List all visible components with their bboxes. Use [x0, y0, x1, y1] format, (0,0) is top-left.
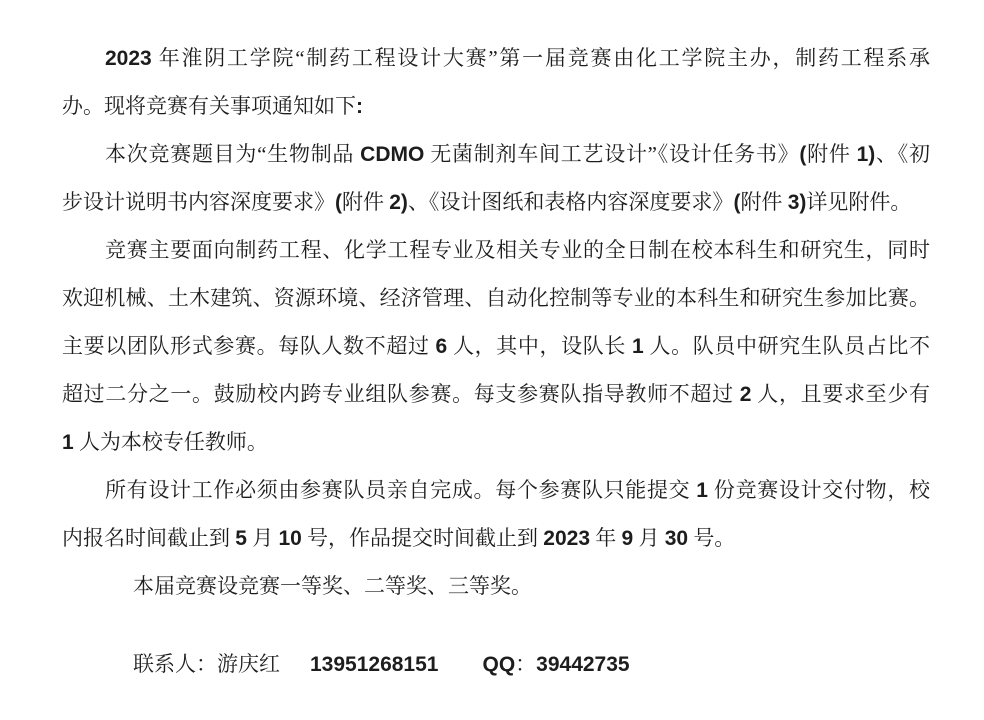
contact-qq-label: QQ：	[482, 652, 536, 676]
contact-name: 游庆红	[217, 652, 280, 676]
doc-line-8: 超过二分之一。鼓励校内跨专业组队参赛。每支参赛队指导教师不超过 2 人，且要求至…	[62, 370, 930, 418]
document-page: 2023 年淮阴工学院“制药工程设计大赛”第一届竞赛由化工学院主办，制药工程系承…	[0, 0, 984, 688]
doc-line-1: 2023 年淮阴工学院“制药工程设计大赛”第一届竞赛由化工学院主办，制药工程系承	[62, 34, 930, 82]
doc-line-2: 办。现将竞赛有关事项通知如下:	[62, 82, 930, 130]
doc-line-5: 竞赛主要面向制药工程、化学工程专业及相关专业的全日制在校本科生和研究生，同时	[62, 226, 930, 274]
contact-line: 联系人：游庆红13951268151QQ：39442735	[62, 640, 930, 688]
doc-line-3: 本次竞赛题目为“生物制品 CDMO 无菌制剂车间工艺设计”《设计任务书》(附件 …	[62, 130, 930, 178]
contact-label: 联系人：	[133, 652, 217, 676]
doc-line-12: 本届竞赛设竞赛一等奖、二等奖、三等奖。	[62, 562, 930, 610]
doc-line-4: 步设计说明书内容深度要求》(附件 2)、《设计图纸和表格内容深度要求》(附件 3…	[62, 178, 930, 226]
doc-line-9: 1 人为本校专任教师。	[62, 418, 930, 466]
doc-line-7: 主要以团队形式参赛。每队人数不超过 6 人，其中，设队长 1 人。队员中研究生队…	[62, 322, 930, 370]
doc-line-6: 欢迎机械、土木建筑、资源环境、经济管理、自动化控制等专业的本科生和研究生参加比赛…	[62, 274, 930, 322]
doc-line-11: 内报名时间截止到 5 月 10 号，作品提交时间截止到 2023 年 9 月 3…	[62, 514, 930, 562]
doc-line-10: 所有设计工作必须由参赛队员亲自完成。每个参赛队只能提交 1 份竞赛设计交付物，校	[62, 466, 930, 514]
contact-qq-number: 39442735	[536, 653, 629, 676]
contact-phone: 13951268151	[310, 653, 438, 676]
